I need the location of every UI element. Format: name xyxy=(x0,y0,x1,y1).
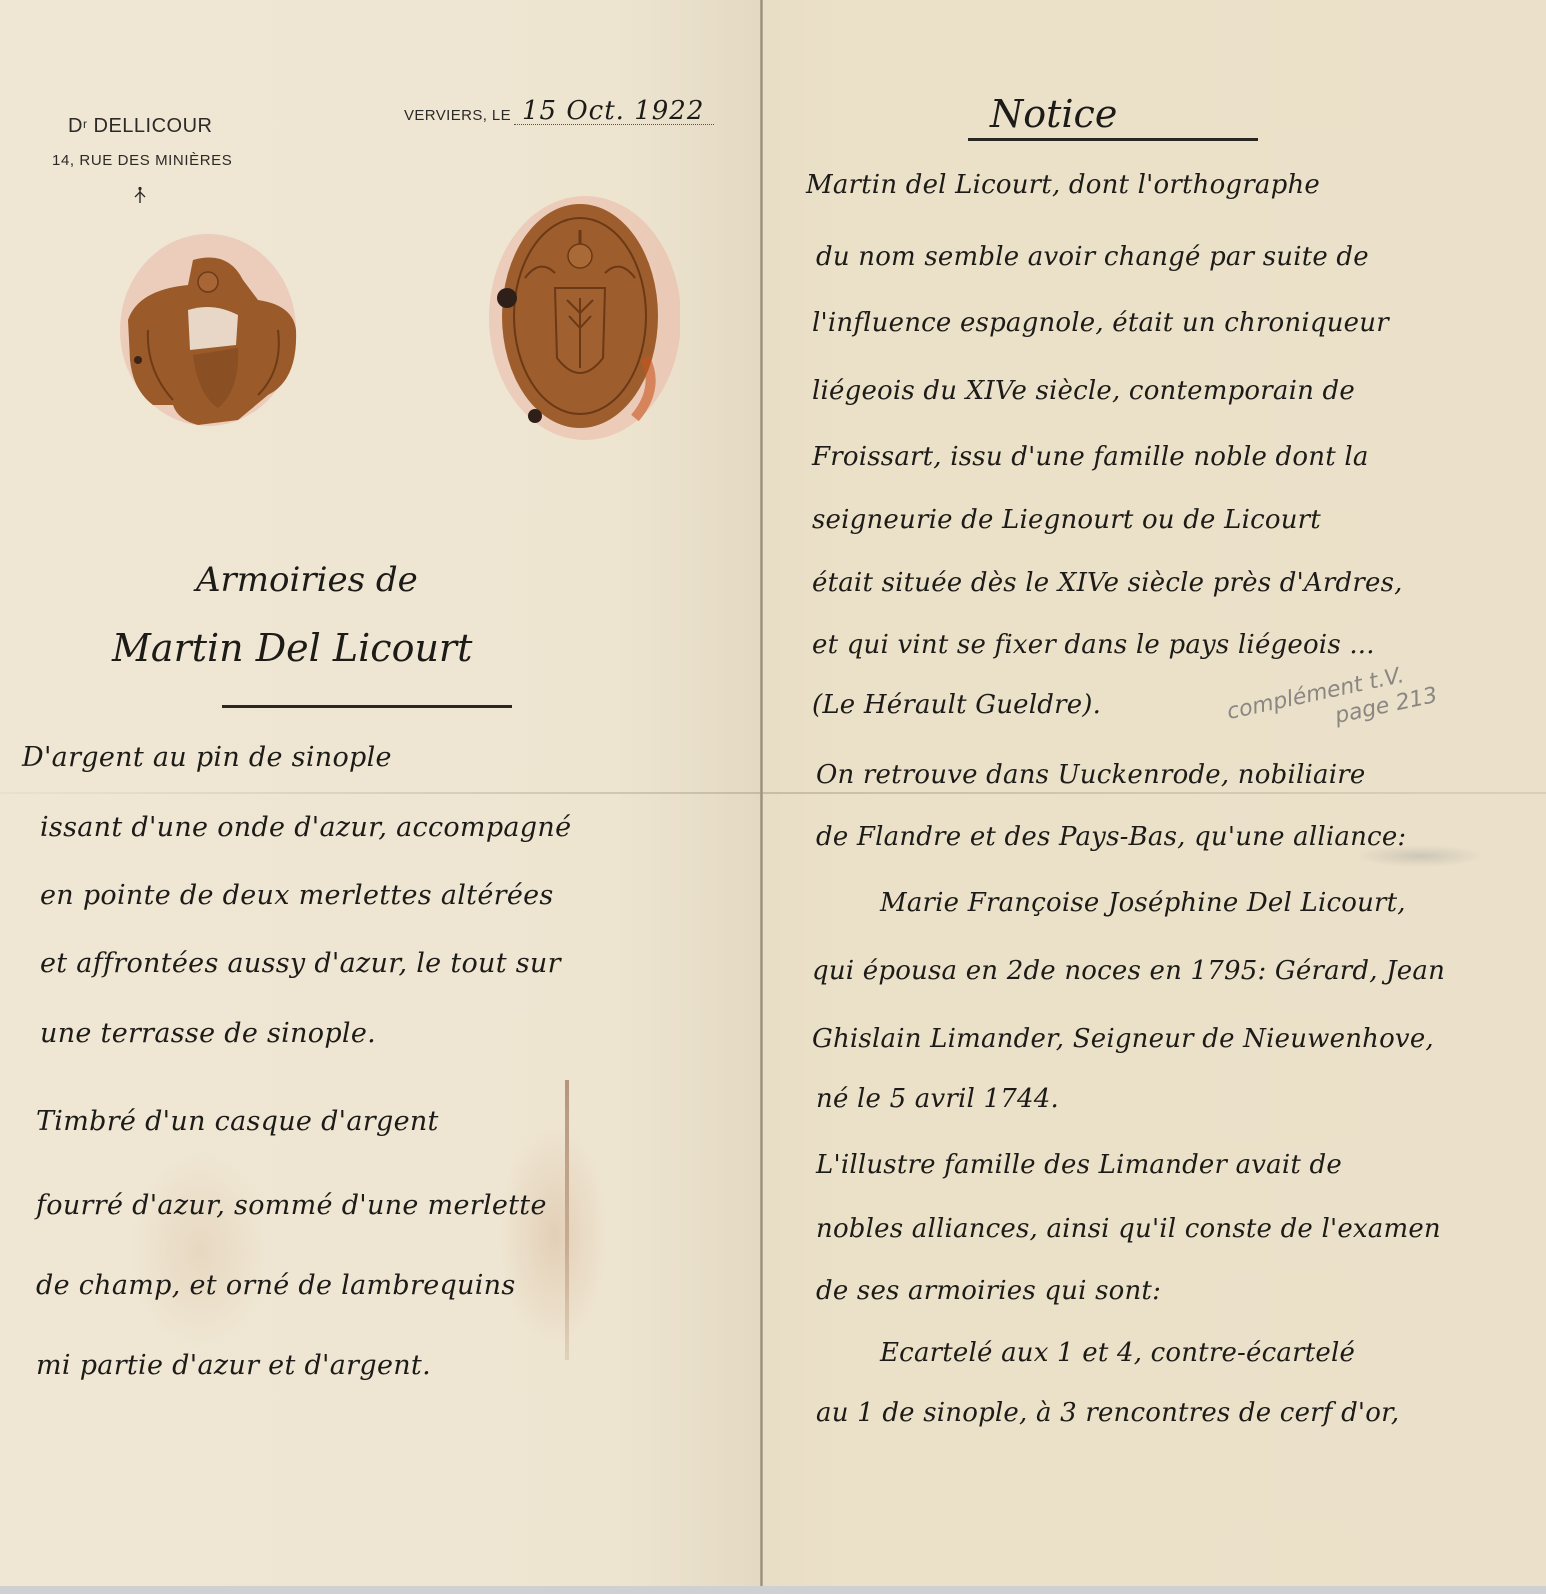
left-text-line: mi partie d'azur et d'argent. xyxy=(36,1350,431,1381)
right-text-line: Martin del Licourt, dont l'orthographe xyxy=(806,170,1320,200)
left-text-line: fourré d'azur, sommé d'une merlette xyxy=(36,1190,547,1221)
right-text-line: au 1 de sinople, à 3 rencontres de cerf … xyxy=(816,1398,1399,1428)
scanner-edge xyxy=(0,1586,1546,1594)
title-underline xyxy=(968,138,1258,141)
right-text-line: de Flandre et des Pays-Bas, qu'une allia… xyxy=(816,822,1406,852)
letterhead-name: Dr DELLICOUR xyxy=(68,115,213,138)
wax-seal-oval xyxy=(485,188,680,443)
letterhead-address: 14, RUE DES MINIÈRES xyxy=(52,152,232,169)
right-text-line: (Le Hérault Gueldre). xyxy=(812,690,1101,720)
left-text-line: et affrontées aussy d'azur, le tout sur xyxy=(40,948,561,979)
right-text-line: On retrouve dans Uuckenrode, nobiliaire xyxy=(816,760,1365,790)
right-text-line: né le 5 avril 1744. xyxy=(816,1084,1059,1114)
date-label: VERVIERS, LE xyxy=(404,107,511,124)
page-fold-horizontal xyxy=(0,792,1546,794)
ink-stain xyxy=(565,1080,569,1360)
caduceus-icon xyxy=(133,186,147,204)
right-text-line: qui épousa en 2de noces en 1795: Gérard,… xyxy=(812,956,1445,986)
right-text-line: liégeois du XIVe siècle, contemporain de xyxy=(812,376,1355,406)
name-prefix: D xyxy=(68,115,83,137)
left-text-line: issant d'une onde d'azur, accompagné xyxy=(40,812,571,843)
left-text-line: de champ, et orné de lambrequins xyxy=(36,1270,516,1301)
right-text-line: Froissart, issu d'une famille noble dont… xyxy=(812,442,1369,472)
name-text: DELLICOUR xyxy=(94,115,213,137)
wax-seal-broken xyxy=(118,230,302,430)
right-text-line: nobles alliances, ainsi qu'il conste de … xyxy=(816,1214,1441,1244)
right-text-line: Marie Françoise Joséphine Del Licourt, xyxy=(880,888,1406,918)
right-text-line: et qui vint se fixer dans le pays liégeo… xyxy=(812,630,1375,660)
left-text-line: Timbré d'un casque d'argent xyxy=(36,1106,439,1137)
right-text-line: de ses armoiries qui sont: xyxy=(816,1276,1161,1306)
right-text-line: du nom semble avoir changé par suite de xyxy=(816,242,1369,272)
right-page-title: Notice xyxy=(990,92,1117,136)
left-text-line: en pointe de deux merlettes altérées xyxy=(40,880,554,911)
left-text-line: une terrasse de sinople. xyxy=(40,1018,376,1049)
title-underline xyxy=(222,705,512,708)
left-text-line: D'argent au pin de sinople xyxy=(22,742,392,773)
name-prefix-sup: r xyxy=(83,117,88,131)
date-value: 15 Oct. 1922 xyxy=(522,96,704,126)
right-text-line: L'illustre famille des Limander avait de xyxy=(816,1150,1342,1180)
pencil-smudge xyxy=(1355,845,1485,867)
right-text-line: Ghislain Limander, Seigneur de Nieuwenho… xyxy=(812,1024,1434,1054)
right-text-line: seigneurie de Liegnourt ou de Licourt xyxy=(812,505,1321,535)
left-page-title-line-1: Armoiries de xyxy=(196,560,418,600)
left-page-title-line-2: Martin Del Licourt xyxy=(112,626,472,670)
right-text-line: était située dès le XIVe siècle près d'A… xyxy=(812,568,1403,598)
right-text-line: l'influence espagnole, était un chroniqu… xyxy=(812,308,1389,338)
right-text-line: Ecartelé aux 1 et 4, contre-écartelé xyxy=(880,1338,1355,1368)
scanned-document: Dr DELLICOUR 14, RUE DES MINIÈRES VERVIE… xyxy=(0,0,1546,1586)
